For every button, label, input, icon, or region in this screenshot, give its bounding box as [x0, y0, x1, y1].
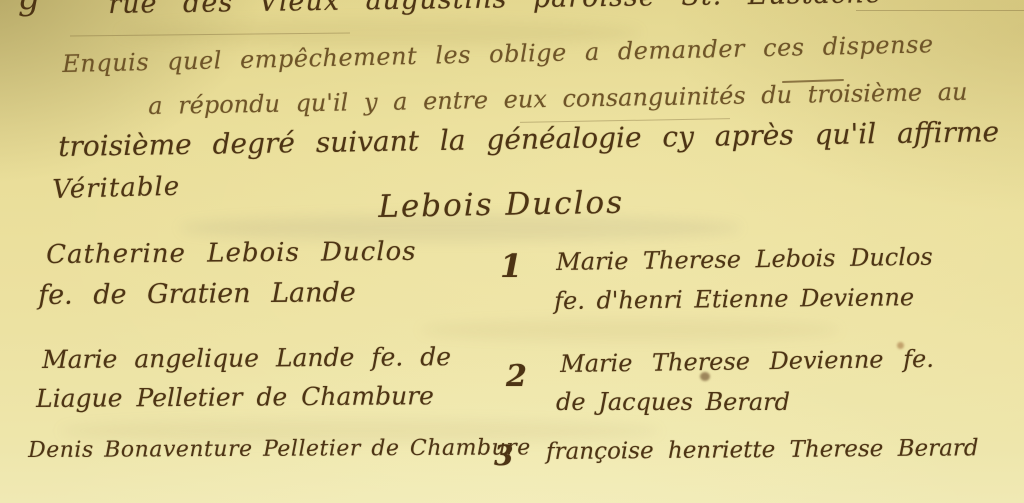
manuscript-line-4: troisième degré suivant la généalogie cy…: [58, 115, 999, 163]
cutoff-word-fragment: g: [18, 0, 40, 18]
manuscript-line-2: Enquis quel empêchement les oblige a dem…: [62, 30, 934, 78]
manuscript-page: g rue des Vieux augustins paroisse St. E…: [0, 0, 1024, 503]
genealogy-row2-left-line2: Liague Pelletier de Chambure: [36, 381, 434, 413]
genealogy-row1-right-line1: Marie Therese Lebois Duclos: [556, 243, 933, 276]
genealogy-row3-right: françoise henriette Therese Berard: [546, 435, 979, 465]
faint-rule: [856, 10, 1024, 11]
genealogy-row1-left-line2: fe. de Gratien Lande: [38, 277, 356, 311]
genealogy-row2-right-line1: Marie Therese Devienne fe.: [560, 345, 934, 378]
genealogy-row3-left: Denis Bonaventure Pelletier de Chambure: [28, 435, 531, 463]
genealogy-row1-right-line2: fe. d'henri Etienne Devienne: [554, 283, 914, 315]
manuscript-line-3: a répondu qu'il y a entre eux consanguin…: [148, 78, 968, 120]
generation-number-1: 1: [500, 247, 522, 285]
paper-stain: [420, 320, 840, 340]
genealogy-row1-left-line1: Catherine Lebois Duclos: [46, 237, 417, 270]
faint-rule: [70, 33, 350, 37]
genealogy-row2-left-line1: Marie angelique Lande fe. de: [42, 342, 451, 374]
generation-number-2: 2: [506, 359, 527, 394]
genealogy-row2-right-line2: de Jacques Berard: [556, 388, 790, 416]
manuscript-line-veritable: Véritable: [52, 172, 181, 205]
generation-number-3: 3: [494, 439, 513, 472]
family-heading: Lebois Duclos: [378, 185, 624, 225]
manuscript-line-1: rue des Vieux augustins paroisse St. Eus…: [108, 0, 882, 20]
